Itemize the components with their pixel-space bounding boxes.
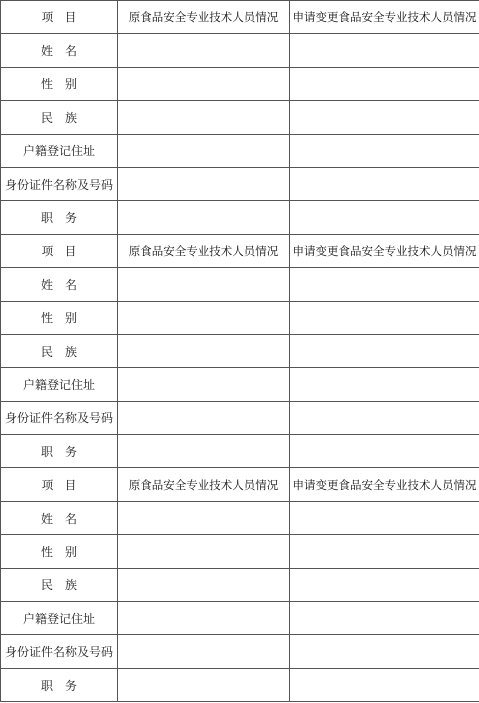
- row-label: 户籍登记住址: [1, 134, 118, 167]
- changed-value-cell[interactable]: [290, 134, 479, 167]
- row-label: 姓 名: [1, 501, 118, 534]
- personnel-change-table: 项 目原食品安全专业技术人员情况申请变更食品安全专业技术人员情况姓 名性 别民 …: [0, 0, 479, 702]
- table-row: 性 别: [1, 535, 479, 568]
- row-label: 身份证件名称及号码: [1, 635, 118, 668]
- row-label: 民 族: [1, 101, 118, 134]
- row-label: 性 别: [1, 67, 118, 100]
- table-row: 性 别: [1, 67, 479, 100]
- changed-value-cell[interactable]: [290, 67, 479, 100]
- changed-value-cell[interactable]: [290, 201, 479, 234]
- row-label: 姓 名: [1, 34, 118, 67]
- changed-value-cell[interactable]: [290, 501, 479, 534]
- table-row: 姓 名: [1, 501, 479, 534]
- row-label: 民 族: [1, 334, 118, 367]
- changed-value-cell[interactable]: [290, 435, 479, 468]
- original-value-cell[interactable]: [118, 34, 290, 67]
- row-label: 身份证件名称及号码: [1, 401, 118, 434]
- table-row: 姓 名: [1, 268, 479, 301]
- original-value-cell[interactable]: [118, 101, 290, 134]
- table-row: 民 族: [1, 101, 479, 134]
- row-label: 职 务: [1, 668, 118, 701]
- row-label: 身份证件名称及号码: [1, 167, 118, 200]
- section-header-row: 项 目原食品安全专业技术人员情况申请变更食品安全专业技术人员情况: [1, 234, 479, 267]
- section-header-row: 项 目原食品安全专业技术人员情况申请变更食品安全专业技术人员情况: [1, 468, 479, 501]
- changed-value-cell[interactable]: [290, 668, 479, 701]
- changed-value-cell[interactable]: [290, 368, 479, 401]
- changed-value-cell[interactable]: [290, 301, 479, 334]
- changed-value-cell[interactable]: [290, 635, 479, 668]
- changed-value-cell[interactable]: [290, 268, 479, 301]
- original-value-cell[interactable]: [118, 201, 290, 234]
- table-row: 姓 名: [1, 34, 479, 67]
- row-label: 户籍登记住址: [1, 602, 118, 635]
- original-value-cell[interactable]: [118, 301, 290, 334]
- row-label: 民 族: [1, 568, 118, 601]
- table-row: 职 务: [1, 201, 479, 234]
- changed-value-cell[interactable]: [290, 34, 479, 67]
- original-value-cell[interactable]: [118, 268, 290, 301]
- original-value-cell[interactable]: [118, 167, 290, 200]
- table-row: 身份证件名称及号码: [1, 401, 479, 434]
- original-value-cell[interactable]: [118, 568, 290, 601]
- original-value-cell[interactable]: [118, 602, 290, 635]
- original-value-cell[interactable]: [118, 501, 290, 534]
- table-body: 项 目原食品安全专业技术人员情况申请变更食品安全专业技术人员情况姓 名性 别民 …: [1, 1, 479, 702]
- table-row: 性 别: [1, 301, 479, 334]
- header-original: 原食品安全专业技术人员情况: [118, 1, 290, 34]
- original-value-cell[interactable]: [118, 668, 290, 701]
- row-label: 性 别: [1, 535, 118, 568]
- header-original: 原食品安全专业技术人员情况: [118, 468, 290, 501]
- table-row: 民 族: [1, 334, 479, 367]
- original-value-cell[interactable]: [118, 368, 290, 401]
- header-changed: 申请变更食品安全专业技术人员情况: [290, 1, 479, 34]
- original-value-cell[interactable]: [118, 635, 290, 668]
- changed-value-cell[interactable]: [290, 401, 479, 434]
- header-item: 项 目: [1, 468, 118, 501]
- original-value-cell[interactable]: [118, 67, 290, 100]
- changed-value-cell[interactable]: [290, 167, 479, 200]
- table-row: 民 族: [1, 568, 479, 601]
- changed-value-cell[interactable]: [290, 334, 479, 367]
- changed-value-cell[interactable]: [290, 568, 479, 601]
- changed-value-cell[interactable]: [290, 101, 479, 134]
- row-label: 户籍登记住址: [1, 368, 118, 401]
- row-label: 职 务: [1, 201, 118, 234]
- header-changed: 申请变更食品安全专业技术人员情况: [290, 468, 479, 501]
- row-label: 性 别: [1, 301, 118, 334]
- table-row: 户籍登记住址: [1, 134, 479, 167]
- header-item: 项 目: [1, 234, 118, 267]
- original-value-cell[interactable]: [118, 535, 290, 568]
- section-header-row: 项 目原食品安全专业技术人员情况申请变更食品安全专业技术人员情况: [1, 1, 479, 34]
- row-label: 姓 名: [1, 268, 118, 301]
- changed-value-cell[interactable]: [290, 602, 479, 635]
- original-value-cell[interactable]: [118, 401, 290, 434]
- table-row: 身份证件名称及号码: [1, 635, 479, 668]
- table-row: 职 务: [1, 668, 479, 701]
- table-row: 户籍登记住址: [1, 602, 479, 635]
- original-value-cell[interactable]: [118, 134, 290, 167]
- table-row: 身份证件名称及号码: [1, 167, 479, 200]
- original-value-cell[interactable]: [118, 435, 290, 468]
- original-value-cell[interactable]: [118, 334, 290, 367]
- changed-value-cell[interactable]: [290, 535, 479, 568]
- table-row: 职 务: [1, 435, 479, 468]
- table-row: 户籍登记住址: [1, 368, 479, 401]
- row-label: 职 务: [1, 435, 118, 468]
- header-changed: 申请变更食品安全专业技术人员情况: [290, 234, 479, 267]
- header-original: 原食品安全专业技术人员情况: [118, 234, 290, 267]
- header-item: 项 目: [1, 1, 118, 34]
